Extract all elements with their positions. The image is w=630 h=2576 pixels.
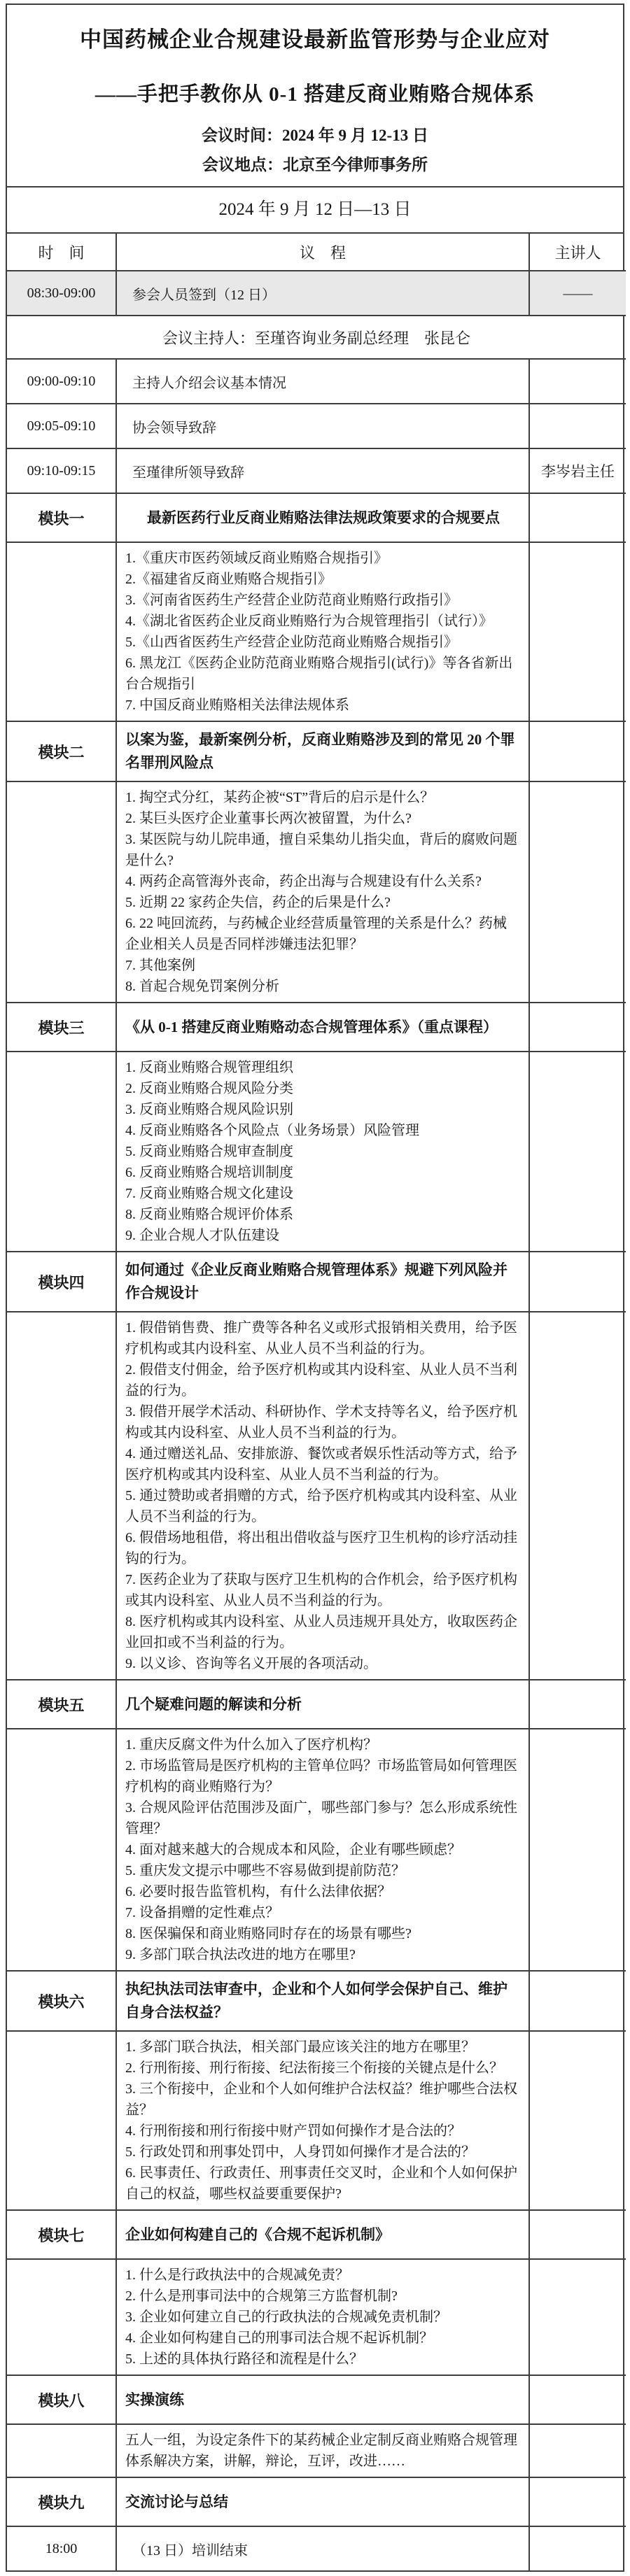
time-cell [7,1052,116,1252]
agenda-item: 2. 市场监管局是医疗机构的主管单位吗？市场监管局如何管理医疗机构的商业贿赂行为… [125,1755,519,1797]
table-row: 模块一最新医药行业反商业贿赂法律法规政策要求的合规要点 [7,493,626,542]
meeting-place: 会议地点：北京至今律师事务所 [14,152,616,175]
table-row: 模块七企业如何构建自己的《合规不起诉机制》 [7,2210,626,2259]
agenda-items-cell: 1. 什么是行政执法中的合规减免责？2. 什么是刑事司法中的合规第三方监督机制?… [116,2259,529,2375]
time-cell [7,1729,116,1971]
agenda-item: 1. 重庆反腐文件为什么加入了医疗机构？ [125,1734,519,1755]
agenda-item: 4.《湖北省医药企业反商业贿赂行为合规管理指引（试行）》 [125,611,519,632]
agenda-item: 5. 行政处罚和刑事处罚中，人身罚如何操作才是合法的？ [125,2142,519,2163]
agenda-item: 7. 反商业贿赂合规文化建设 [125,1183,519,1204]
agenda-items-cell: 1. 掏空式分红，某药企被“ST”背后的启示是什么？2. 某巨头医疗企业董事长两… [116,781,529,1003]
agenda-item: 3. 合规风险评估范围涉及面广，哪些部门参与？怎么形成系统性管理？ [125,1797,519,1839]
agenda-item: 1. 掏空式分红，某药企被“ST”背后的启示是什么？ [125,787,519,808]
agenda-item: 5.《山西省医药生产经营企业防范商业贿赂合规指引》 [125,632,519,653]
module-title-cell: 最新医药行业反商业贿赂法律法规政策要求的合规要点 [116,493,529,542]
agenda-item: 2. 某巨头医疗企业董事长两次被留置，为什么? [125,808,519,829]
column-header-agenda: 议 程 [116,234,529,271]
time-cell [7,781,116,1003]
module-label-cell: 模块二 [7,721,116,781]
agenda-item: 6. 黑龙江《医药企业防范商业贿赂合规指引(试行)》等各省新出台合规指引 [125,653,519,695]
agenda-table-body: 时 间 议 程 主讲人 08:30-09:00参会人员签到（12 日）——会议主… [7,234,626,2570]
speaker-cell [529,1729,626,1971]
agenda-items-cell: 1. 假借销售费、推广费等各种名义或形式报销相关费用，给予医疗机构或其内设科室、… [116,1312,529,1680]
module-title-cell: 如何通过《企业反商业贿赂合规管理体系》规避下列风险并作合规设计 [116,1252,529,1312]
agenda-item: 4. 反商业贿赂各个风险点（业务场景）风险管理 [125,1120,519,1141]
table-row: 1. 掏空式分红，某药企被“ST”背后的启示是什么？2. 某巨头医疗企业董事长两… [7,781,626,1003]
speaker-cell: 李岑岩主任 [529,448,626,493]
agenda-cell: 协会领导致辞 [116,404,529,448]
speaker-cell [529,1312,626,1680]
agenda-items-cell: 1. 反商业贿赂合规管理组织2. 反商业贿赂合规风险分类3. 反商业贿赂合规风险… [116,1052,529,1252]
speaker-cell [529,721,626,781]
agenda-item: 9. 企业合规人才队伍建设 [125,1225,519,1246]
agenda-item: 6. 民事责任、行政责任、刑事责任交叉时，企业和个人如何保护自己的权益，哪些权益… [125,2163,519,2205]
module-title-cell: 实操演练 [116,2375,529,2424]
agenda-item: 3. 反商业贿赂合规风险识别 [125,1099,519,1120]
table-row: 1. 假借销售费、推广费等各种名义或形式报销相关费用，给予医疗机构或其内设科室、… [7,1312,626,1680]
module-label-cell: 模块五 [7,1680,116,1729]
module-label-cell: 模块六 [7,1971,116,2031]
speaker-cell [529,493,626,542]
table-row: 会议主持人：至瑾咨询业务副总经理 张昆仑 [7,316,626,359]
speaker-cell [529,2259,626,2375]
page-subtitle: ——手把手教你从 0-1 搭建反商业贿赂合规体系 [14,78,616,107]
table-row: 模块五几个疑难问题的解读和分析 [7,1680,626,1729]
agenda-item: 6. 22 吨回流药，与药械企业经营质量管理的关系是什么？药械企业相关人员是否同… [125,913,519,955]
agenda-item: 3. 企业如何建立自己的行政执法的合规减免责机制？ [125,2307,519,2328]
agenda-item: 7. 中国反商业贿赂相关法律法规体系 [125,695,519,716]
module-title-cell: 几个疑难问题的解读和分析 [116,1680,529,1729]
table-row: 模块九交流讨论与总结 [7,2477,626,2526]
module-title-cell: 以案为鉴，最新案例分析，反商业贿赂涉及到的常见 20 个罪名罪刑风险点 [116,721,529,781]
agenda-item: 8. 反商业贿赂合规评价体系 [125,1204,519,1225]
speaker-cell [529,1971,626,2031]
agenda-item: 2. 行刑衔接、刑行衔接、纪法衔接三个衔接的关键点是什么？ [125,2058,519,2079]
speaker-cell [529,404,626,448]
agenda-item: 1. 假借销售费、推广费等各种名义或形式报销相关费用，给予医疗机构或其内设科室、… [125,1317,519,1359]
agenda-item: 3. 三个衔接中，企业和个人如何维护合法权益？维护哪些合法权益？ [125,2079,519,2121]
column-header-speaker: 主讲人 [529,234,626,271]
time-cell [7,2424,116,2477]
agenda-item: 5. 重庆发文提示中哪些不容易做到提前防范？ [125,1860,519,1881]
agenda-item: 5. 反商业贿赂合规审查制度 [125,1141,519,1162]
table-row: 1.《重庆市医药领域反商业贿赂合规指引》2.《福建省反商业贿赂合规指引》3.《河… [7,542,626,721]
date-banner: 2024 年 9 月 12 日—13 日 [7,187,623,234]
time-cell [7,1312,116,1680]
agenda-item: 7. 医药企业为了获取与医疗卫生机构的合作机会，给予医疗机构或其内设科室、从业人… [125,1569,519,1611]
agenda-cell: 主持人介绍会议基本情况 [116,359,529,404]
agenda-cell: 至瑾律所领导致辞 [116,448,529,493]
agenda-item: 9. 多部门联合执法改进的地方在哪里? [125,1944,519,1965]
module-label-cell: 模块四 [7,1252,116,1312]
table-row: 1. 反商业贿赂合规管理组织2. 反商业贿赂合规风险分类3. 反商业贿赂合规风险… [7,1052,626,1252]
table-row: 模块三《从 0-1 搭建反商业贿赂动态合规管理体系》（重点课程） [7,1003,626,1052]
page-title: 中国药械企业合规建设最新监管形势与企业应对 [14,22,616,53]
agenda-item: 4. 行刑衔接和刑行衔接中财产罚如何操作才是合法的？ [125,2121,519,2142]
speaker-cell [529,1003,626,1052]
table-row: 09:05-09:10协会领导致辞 [7,404,626,448]
agenda-item: 2. 什么是刑事司法中的合规第三方监督机制? [125,2286,519,2307]
table-row: 五人一组，为设定条件下的某药械企业定制反商业贿赂合规管理体系解决方案，讲解，辩论… [7,2424,626,2477]
table-row: 模块八实操演练 [7,2375,626,2424]
speaker-cell: —— [529,271,626,316]
agenda-items-cell: 1. 重庆反腐文件为什么加入了医疗机构？2. 市场监管局是医疗机构的主管单位吗？… [116,1729,529,1971]
agenda-cell: （13 日）培训结束 [116,2526,529,2570]
table-row: 08:30-09:00参会人员签到（12 日）—— [7,271,626,316]
agenda-sheet: 中国药械企业合规建设最新监管形势与企业应对 ——手把手教你从 0-1 搭建反商业… [6,3,624,2572]
agenda-item: 1. 多部门联合执法，相关部门最应该关注的地方在哪里？ [125,2037,519,2058]
agenda-item: 1. 反商业贿赂合规管理组织 [125,1057,519,1078]
agenda-table: 时 间 议 程 主讲人 08:30-09:00参会人员签到（12 日）——会议主… [7,234,626,2570]
module-label-cell: 模块七 [7,2210,116,2259]
agenda-item: 7. 其他案例 [125,955,519,976]
agenda-item: 7. 设备捐赠的定性难点？ [125,1902,519,1923]
speaker-cell [529,1680,626,1729]
column-header-time: 时 间 [7,234,116,271]
speaker-cell [529,542,626,721]
agenda-item: 4. 面对越来越大的合规成本和风险，企业有哪些顾虑？ [125,1839,519,1860]
table-row: 1. 重庆反腐文件为什么加入了医疗机构？2. 市场监管局是医疗机构的主管单位吗？… [7,1729,626,1971]
agenda-item: 2.《福建省反商业贿赂合规指引》 [125,569,519,590]
table-row: 09:10-09:15至瑾律所领导致辞李岑岩主任 [7,448,626,493]
title-block: 中国药械企业合规建设最新监管形势与企业应对 ——手把手教你从 0-1 搭建反商业… [7,5,623,187]
agenda-item: 五人一组，为设定条件下的某药械企业定制反商业贿赂合规管理体系解决方案，讲解，辩论… [125,2430,519,2472]
agenda-item: 5. 近期 22 家药企失信，药企的后果是什么? [125,892,519,913]
speaker-cell [529,781,626,1003]
agenda-item: 6. 假借场地租借，将出租出借收益与医疗卫生机构的诊疗活动挂钩的行为。 [125,1527,519,1569]
agenda-items-cell: 1. 多部门联合执法，相关部门最应该关注的地方在哪里？2. 行刑衔接、刑行衔接、… [116,2031,529,2210]
speaker-cell [529,2031,626,2210]
speaker-cell [529,2210,626,2259]
time-cell [7,2259,116,2375]
time-cell [7,2031,116,2210]
module-title-cell: 执纪执法司法审查中，企业和个人如何学会保护自己、维护自身合法权益？ [116,1971,529,2031]
agenda-item: 1. 什么是行政执法中的合规减免责？ [125,2265,519,2286]
table-row: 18:00（13 日）培训结束 [7,2526,626,2570]
agenda-item: 4. 通过赠送礼品、安排旅游、餐饮或者娱乐性活动等方式，给予医疗机构或其内设科室… [125,1443,519,1485]
agenda-item: 8. 医疗机构或其内设科室、从业人员违规开具处方，收取医药企业回扣或不当利益的行… [125,1611,519,1653]
agenda-item: 2. 假借支付佣金，给予医疗机构或其内设科室、从业人员不当利益的行为。 [125,1359,519,1401]
agenda-item: 3.《河南省医药生产经营企业防范商业贿赂行政指引》 [125,590,519,611]
time-cell: 09:00-09:10 [7,359,116,404]
time-cell: 18:00 [7,2526,116,2570]
time-cell: 09:05-09:10 [7,404,116,448]
table-header-row: 时 间 议 程 主讲人 [7,234,626,271]
agenda-items-cell: 1.《重庆市医药领域反商业贿赂合规指引》2.《福建省反商业贿赂合规指引》3.《河… [116,542,529,721]
speaker-cell [529,2477,626,2526]
agenda-cell: 参会人员签到（12 日） [116,271,529,316]
module-title-cell: 《从 0-1 搭建反商业贿赂动态合规管理体系》（重点课程） [116,1003,529,1052]
agenda-item: 1.《重庆市医药领域反商业贿赂合规指引》 [125,548,519,569]
table-row: 09:00-09:10主持人介绍会议基本情况 [7,359,626,404]
agenda-item: 8. 医保骗保和商业贿赂同时存在的场景有哪些? [125,1923,519,1944]
page: 中国药械企业合规建设最新监管形势与企业应对 ——手把手教你从 0-1 搭建反商业… [0,0,630,2576]
module-title-cell: 企业如何构建自己的《合规不起诉机制》 [116,2210,529,2259]
agenda-item: 8. 首起合规免罚案例分析 [125,976,519,997]
speaker-cell [529,359,626,404]
agenda-item: 6. 必要时报告监管机构，有什么法律依据？ [125,1881,519,1902]
agenda-item: 3. 假借开展学术活动、科研协作、学术支持等名义，给予医疗机构或其内设科室、从业… [125,1401,519,1443]
speaker-cell [529,2375,626,2424]
time-cell: 08:30-09:00 [7,271,116,316]
module-title-cell: 交流讨论与总结 [116,2477,529,2526]
speaker-cell [529,2424,626,2477]
module-label-cell: 模块三 [7,1003,116,1052]
host-cell: 会议主持人：至瑾咨询业务副总经理 张昆仑 [7,316,626,359]
speaker-cell [529,1252,626,1312]
speaker-cell [529,2526,626,2570]
table-row: 1. 什么是行政执法中的合规减免责？2. 什么是刑事司法中的合规第三方监督机制?… [7,2259,626,2375]
agenda-item: 4. 企业如何构建自己的刑事司法合规不起诉机制？ [125,2328,519,2349]
speaker-cell [529,1052,626,1252]
time-cell [7,542,116,721]
agenda-item: 5. 通过赞助或者捐赠的方式，给予医疗机构或其内设科室、从业人员不当利益的行为。 [125,1485,519,1527]
table-row: 模块四如何通过《企业反商业贿赂合规管理体系》规避下列风险并作合规设计 [7,1252,626,1312]
agenda-item: 6. 反商业贿赂合规培训制度 [125,1162,519,1183]
table-row: 1. 多部门联合执法，相关部门最应该关注的地方在哪里？2. 行刑衔接、刑行衔接、… [7,2031,626,2210]
meeting-meta: 会议时间：2024 年 9 月 12-13 日 会议地点：北京至今律师事务所 [14,122,616,175]
meeting-time: 会议时间：2024 年 9 月 12-13 日 [14,122,616,146]
agenda-item: 2. 反商业贿赂合规风险分类 [125,1078,519,1099]
module-label-cell: 模块九 [7,2477,116,2526]
agenda-item: 9. 以义诊、咨询等名义开展的各项活动。 [125,1653,519,1674]
table-row: 模块二以案为鉴，最新案例分析，反商业贿赂涉及到的常见 20 个罪名罪刑风险点 [7,721,626,781]
table-row: 模块六执纪执法司法审查中，企业和个人如何学会保护自己、维护自身合法权益？ [7,1971,626,2031]
module-label-cell: 模块八 [7,2375,116,2424]
agenda-item: 3. 某医院与幼儿院串通，擅自采集幼儿指尖血，背后的腐败问题是什么? [125,829,519,871]
agenda-item: 5. 上述的具体执行路径和流程是什么？ [125,2349,519,2370]
agenda-items-cell: 五人一组，为设定条件下的某药械企业定制反商业贿赂合规管理体系解决方案，讲解，辩论… [116,2424,529,2477]
agenda-item: 4. 两药企高管海外丧命，药企出海与合规建设有什么关系? [125,871,519,892]
time-cell: 09:10-09:15 [7,448,116,493]
module-label-cell: 模块一 [7,493,116,542]
